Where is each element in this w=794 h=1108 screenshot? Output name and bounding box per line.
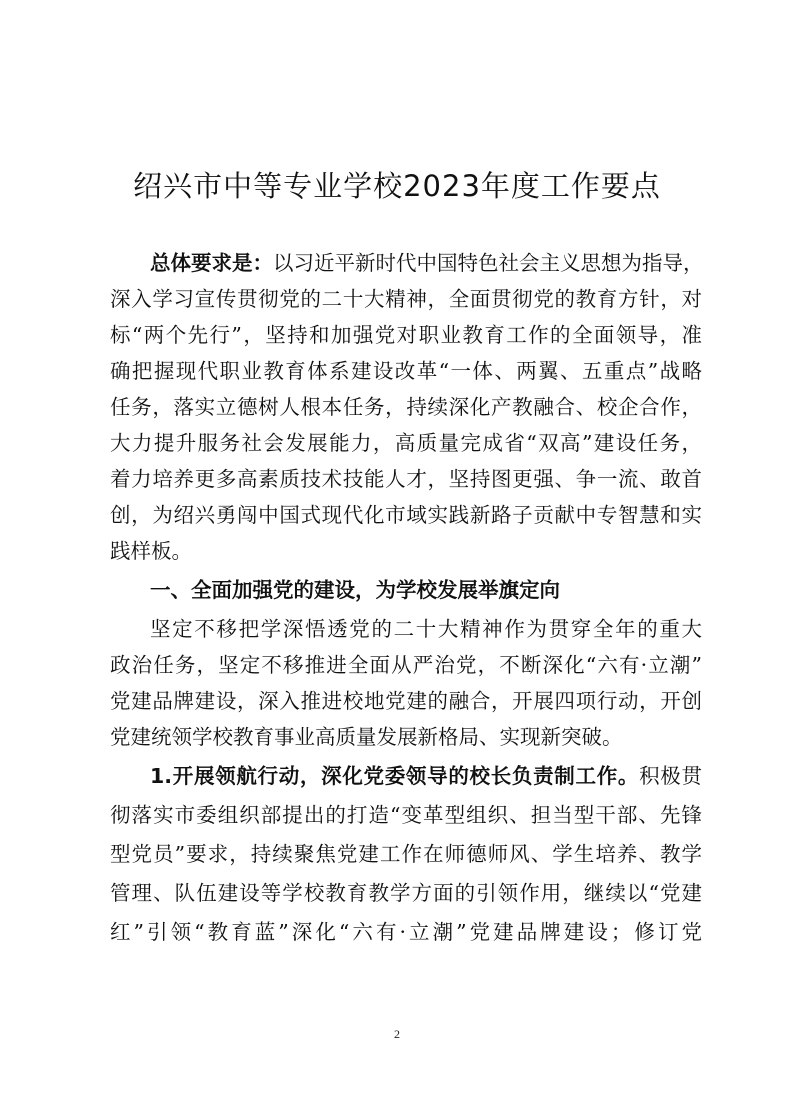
item1-line: 管理、队伍建设等学校教育教学方面的引领作用，继续以“党建 bbox=[110, 875, 702, 911]
section1-line: 坚定不移把学深悟透党的二十大精神作为贯穿全年的重大 bbox=[150, 611, 702, 647]
item1-line: 1.开展领航行动，深化党委领导的校长负责制工作。积极贯 bbox=[150, 758, 702, 794]
intro-line: 确把握现代职业教育体系建设改革“一体、两翼、五重点”战略 bbox=[110, 353, 702, 389]
intro-line: 总体要求是：以习近平新时代中国特色社会主义思想为指导， bbox=[150, 245, 702, 281]
intro-line: 大力提升服务社会发展能力，高质量完成省“双高”建设任务， bbox=[110, 425, 702, 461]
intro-line: 践样板。 bbox=[110, 533, 702, 569]
intro-label: 总体要求是： bbox=[150, 251, 273, 275]
section1-line: 党建品牌建设，深入推进校地党建的融合，开展四项行动，开创 bbox=[110, 683, 702, 719]
intro-line: 任务，落实立德树人根本任务，持续深化产教融合、校企合作， bbox=[110, 389, 702, 425]
section-heading: 一、全面加强党的建设，为学校发展举旗定向 bbox=[150, 572, 702, 608]
item1-line: 型党员”要求，持续聚焦党建工作在师德师风、学生培养、教学 bbox=[110, 836, 702, 872]
item1-text: 积极贯 bbox=[639, 764, 702, 788]
intro-line: 着力培养更多高素质技术技能人才，坚持图更强、争一流、敢首 bbox=[110, 461, 702, 497]
item1-label: 1.开展领航行动，深化党委领导的校长负责制工作。 bbox=[150, 764, 639, 788]
item1-line: 彻落实市委组织部提出的打造“变革型组织、担当型干部、先锋 bbox=[110, 797, 702, 833]
intro-line: 创，为绍兴勇闯中国式现代化市域实践新路子贡献中专智慧和实 bbox=[110, 497, 702, 533]
intro-line: 标“两个先行”，坚持和加强党对职业教育工作的全面领导，准 bbox=[110, 317, 702, 353]
item1-line: 红”引领“教育蓝”深化“六有·立潮”党建品牌建设；修订党 bbox=[110, 914, 702, 950]
intro-line: 深入学习宣传贯彻党的二十大精神，全面贯彻党的教育方针，对 bbox=[110, 281, 702, 317]
intro-text: 以习近平新时代中国特色社会主义思想为指导， bbox=[273, 251, 704, 275]
document-title: 绍兴市中等专业学校2023年度工作要点 bbox=[0, 164, 794, 205]
page-number: 2 bbox=[0, 1027, 794, 1042]
section1-line: 政治任务，坚定不移推进全面从严治党，不断深化“六有·立潮” bbox=[110, 647, 702, 683]
document-page: 绍兴市中等专业学校2023年度工作要点 总体要求是：以习近平新时代中国特色社会主… bbox=[0, 0, 794, 1108]
section1-line: 党建统领学校教育事业高质量发展新格局、实现新突破。 bbox=[110, 719, 702, 755]
